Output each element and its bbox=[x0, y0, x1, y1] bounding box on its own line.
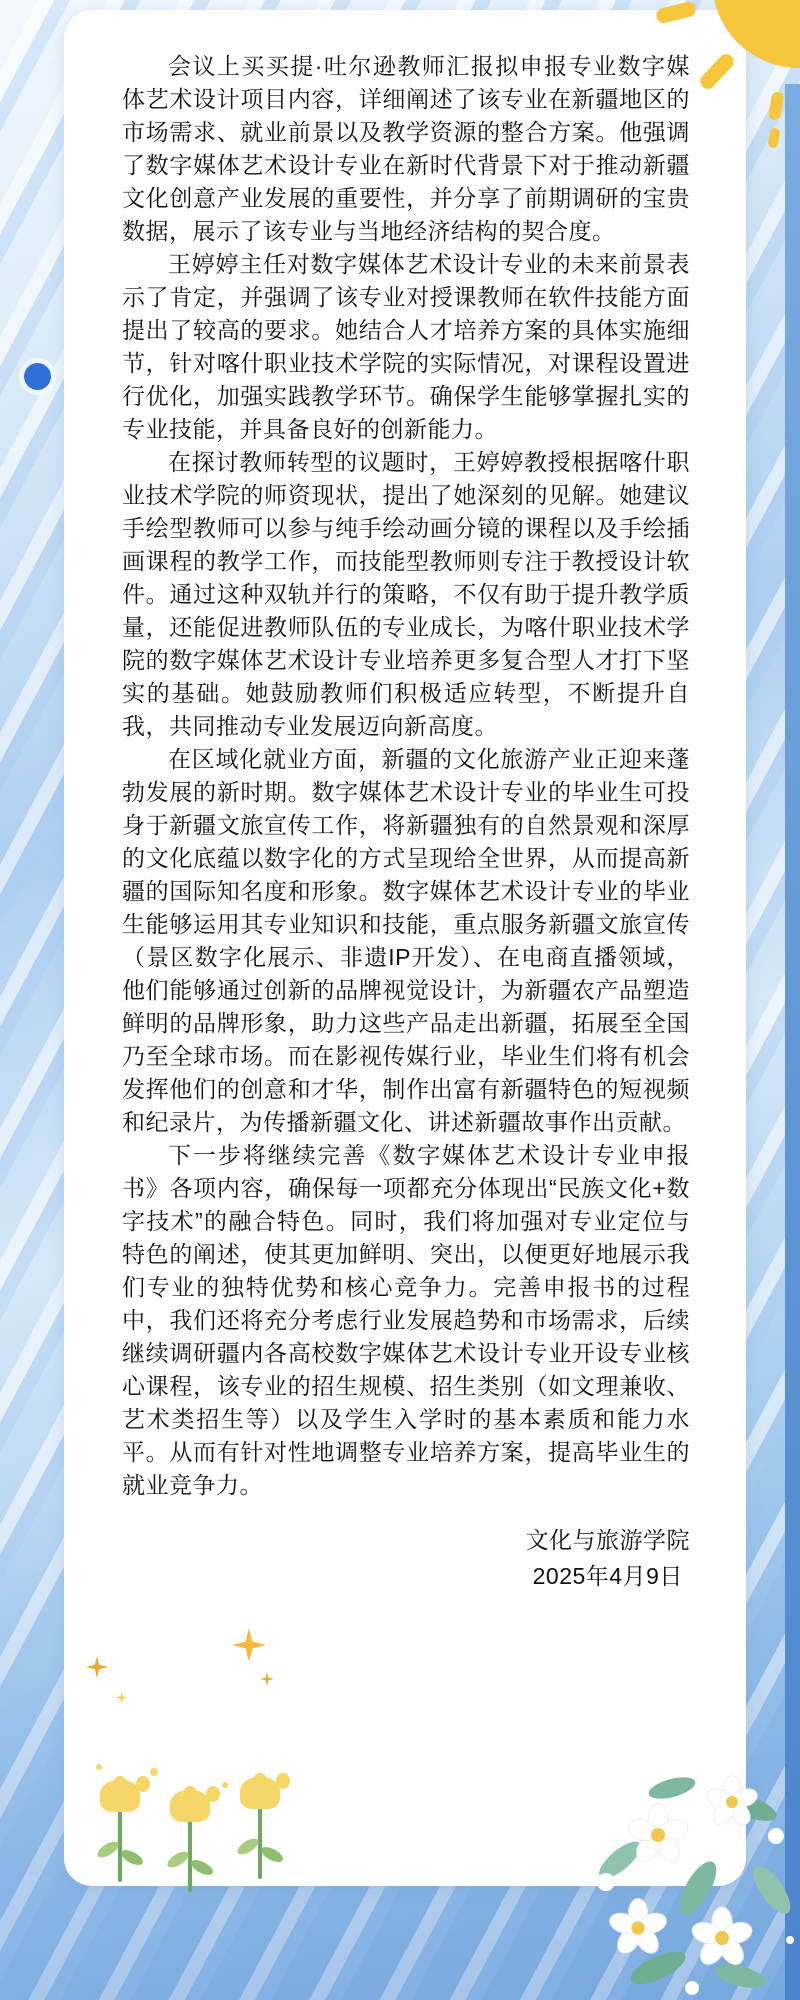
white-flower-icon bbox=[607, 1899, 669, 1958]
signature-org: 文化与旅游学院 bbox=[526, 1522, 691, 1558]
signature-date: 2025年4月9日 bbox=[526, 1558, 691, 1594]
paragraph-1: 会议上买买提·吐尔逊教师汇报拟申报专业数字媒体艺术设计项目内容，详细阐述了该专业… bbox=[122, 50, 690, 248]
paragraph-4: 在区域化就业方面，新疆的文化旅游产业正迎来蓬勃发展的新时期。数字媒体艺术设计专业… bbox=[122, 743, 690, 1139]
tulip-leaf bbox=[189, 1857, 215, 1878]
blossom-branch-icon bbox=[580, 1740, 800, 2000]
tulip-flower-icon bbox=[158, 1788, 222, 1900]
sun-ray-icon bbox=[768, 91, 785, 121]
tulip-leaf bbox=[259, 1844, 285, 1865]
right-accent-bar bbox=[785, 84, 800, 2000]
document-text: 会议上买买提·吐尔逊教师汇报拟申报专业数字媒体艺术设计项目内容，详细阐述了该专业… bbox=[122, 50, 690, 1594]
sun-ray-icon bbox=[767, 127, 780, 148]
white-flower-icon bbox=[689, 1907, 754, 1969]
tulip-head bbox=[240, 1777, 280, 1809]
content-card: 会议上买买提·吐尔逊教师汇报拟申报专业数字媒体艺术设计项目内容，详细阐述了该专业… bbox=[64, 10, 746, 1886]
tulip-head bbox=[170, 1790, 210, 1822]
page: { "document": { "paragraphs": [ "会议上买买提·… bbox=[0, 0, 800, 2000]
tulip-petal bbox=[113, 1776, 127, 1792]
tulip-petal bbox=[183, 1786, 197, 1802]
blue-dot-icon bbox=[24, 363, 51, 390]
tulip-petal bbox=[136, 1776, 150, 1792]
tulip-petal bbox=[206, 1786, 220, 1802]
paragraph-5: 下一步将继续完善《数字媒体艺术设计专业申报书》各项内容，确保每一项都充分体现出“… bbox=[122, 1139, 690, 1502]
tulip-leaf bbox=[119, 1847, 145, 1868]
pollen-dot-icon bbox=[150, 1768, 158, 1776]
tulip-petal bbox=[276, 1773, 290, 1789]
blossom-leaves bbox=[594, 1773, 797, 1992]
pollen-dot-icon bbox=[96, 1764, 102, 1770]
signature-block: 文化与旅游学院 2025年4月9日 bbox=[526, 1522, 691, 1594]
tulip-head bbox=[100, 1780, 140, 1812]
white-flower-icon bbox=[704, 1776, 759, 1829]
tulip-flower-icon bbox=[88, 1778, 152, 1890]
paragraph-3: 在探讨教师转型的议题时，王婷婷教授根据喀什职业技术学院的师资现状，提出了她深刻的… bbox=[122, 446, 690, 743]
paragraph-2: 王婷婷主任对数字媒体艺术设计专业的未来前景表示了肯定，并强调了该专业对授课教师在… bbox=[122, 248, 690, 446]
tulip-petal bbox=[253, 1773, 267, 1789]
tulip-flower-icon bbox=[228, 1775, 292, 1887]
